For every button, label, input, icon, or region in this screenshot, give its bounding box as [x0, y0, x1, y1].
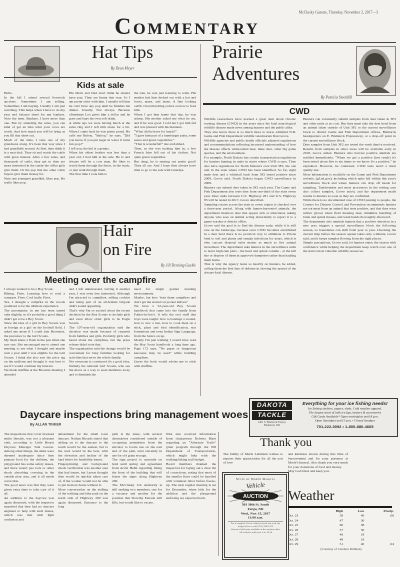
hair-on-fire-title: Hair on Fire: [103, 221, 198, 259]
auction-separator: [228, 521, 283, 522]
portrait-icon: [357, 47, 393, 93]
dakota-tackle-logo: DAKOTA TACKLE 1401 S. Bismarck Expwy. Bi…: [250, 399, 293, 436]
auction-starburst-icon: AUCTION: [227, 490, 285, 503]
tackle-ad-phone: 701-222-3092 • 1-800-880-4665: [293, 424, 397, 429]
thank-you-title: Thank you: [222, 435, 350, 450]
prairie-adventures-byline: By Patricia Stockdill: [234, 95, 352, 103]
dakota-tackle-ad: DAKOTA TACKLE 1401 S. Bismarck Expwy. Bi…: [249, 398, 398, 437]
daycare-column-1: The inspections that cover licensed enti…: [4, 432, 54, 557]
auction-fine-print: For a complete list of vehicles check ou…: [225, 523, 286, 535]
campfire-headline: Meeting over the campfire: [4, 275, 197, 285]
newspaper-page: McClusky Gazette, Thursday, November 2, …: [0, 0, 400, 567]
auction-big-word: AUCTION: [243, 494, 268, 500]
daycare-byline: By ALLAN TINKER: [30, 423, 120, 431]
hair-on-fire-rule: [4, 272, 197, 273]
hair-on-fire-column-1: I always wanted to be a Boy Scout. Hikin…: [4, 287, 65, 404]
prairie-adventures-rule: [203, 103, 396, 105]
cwd-headline: CWD: [203, 106, 396, 116]
weather-rows: Oct. 235840.06Oct. 244730Oct. 256038Oct.…: [288, 514, 394, 547]
logo-line-1: DAKOTA: [252, 401, 292, 410]
daycare-column-3: path is the issue, with several alternat…: [112, 432, 162, 557]
thank-you-column-1: The family of Merle Lehmann wishes to ex…: [223, 452, 283, 470]
hat-tips-byline: By Dean Meyer: [50, 66, 195, 74]
bottom-column-divider: [218, 432, 219, 556]
weather-title: Weather: [288, 489, 394, 505]
weather-rule: [288, 506, 392, 508]
kids-at-sale-headline: Kids at sale: [4, 80, 197, 90]
hat-tips-column-3: the sale, he was just learning to walk. …: [134, 91, 196, 221]
tackle-ad-lines: Ice fishing shelters, augers, sleds. Col…: [293, 407, 397, 423]
tackle-address: 1401 S. Bismarck Expwy. Bismarck, ND: [252, 421, 292, 433]
logo-line-2: TACKLE: [252, 411, 292, 420]
patricia-stockdill-portrait: [356, 46, 396, 96]
prairie-adventures-title: Prairie Adventures: [212, 42, 362, 86]
hat-tips-column-2: His Mom and Dad don't think he should ha…: [69, 91, 130, 221]
daycare-headline: Daycare inspections bring management woe…: [20, 409, 252, 421]
hair-on-fire-column-2: and I left uninterested. Giving it anoth…: [69, 287, 130, 404]
tackle-copy: Everything for your ice fishing needs! I…: [293, 399, 397, 436]
vehicle-auction-ad: State of North Dakota Vehicle AUCTION 50…: [222, 472, 289, 560]
weather-table: HighLowPrecip. Oct. 235840.06Oct. 244730…: [288, 509, 394, 559]
daycare-column-4: JDA also received information from chair…: [166, 432, 216, 557]
hat-tips-column-1: Hello. In the fall I attend several live…: [4, 91, 65, 221]
thank-you-column-2: and kindness shown during this time of b…: [288, 452, 348, 488]
hat-tips-rule: [4, 77, 197, 78]
banner-rule-left: [4, 40, 214, 41]
tackle-ad-headline: Everything for your ice fishing needs!: [293, 401, 397, 407]
auction-address-lines: 503 38th St. SouthFargo, NDWed., Nov. 15…: [225, 503, 286, 521]
column-divider-vertical: [200, 44, 201, 396]
hair-on-fire-byline: By Jill Denning Gackle: [58, 263, 196, 271]
hair-on-fire-column-3: need for single gender learning environm…: [134, 287, 196, 404]
daycare-column-2: amazement for the small town daycare. Na…: [58, 432, 108, 557]
weather-courtesy: (Courtesy of Candace Pellman): [288, 547, 394, 551]
cwd-column-1: Wildlife researchers have learned a grea…: [204, 117, 296, 396]
hat-tips-title: Hat Tips: [50, 42, 195, 63]
page-title: Commentary: [0, 14, 374, 40]
cwd-column-2: Hunters can voluntarily submit samples f…: [303, 117, 396, 396]
